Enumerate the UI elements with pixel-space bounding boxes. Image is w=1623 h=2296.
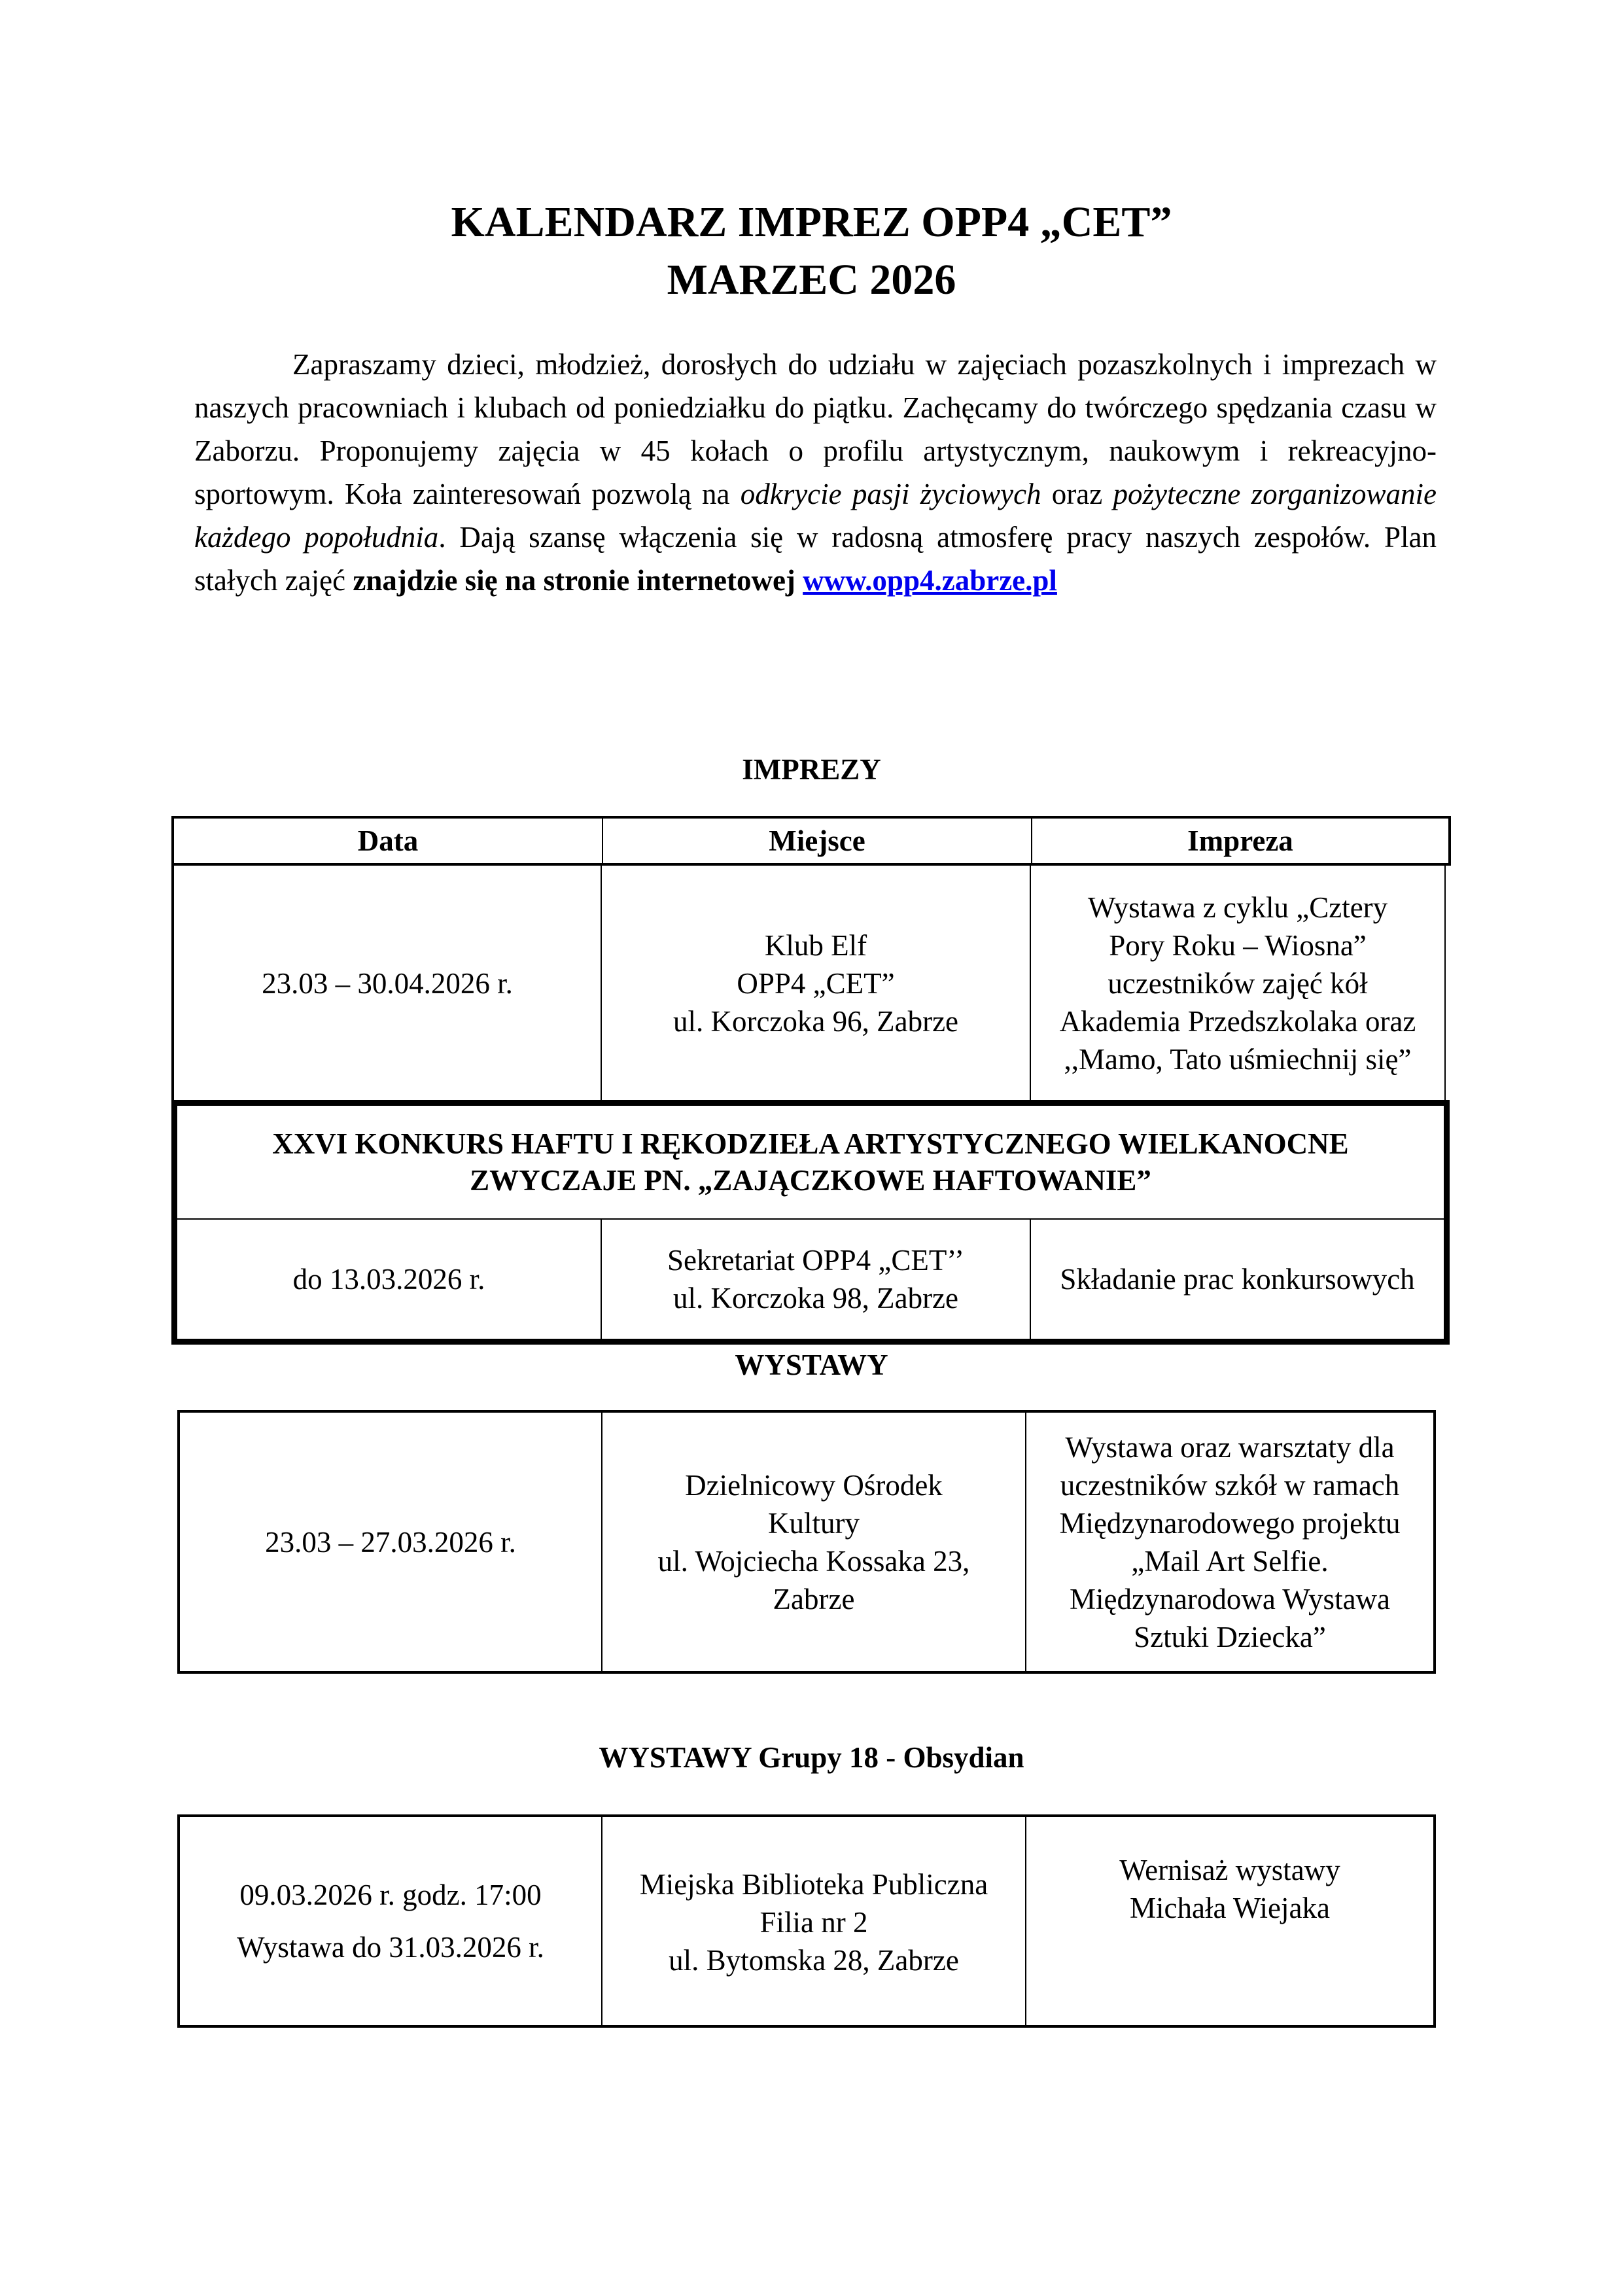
event-date: 23.03 – 30.04.2026 r. — [174, 863, 602, 1104]
contest-title: XXVI KONKURS HAFTU I RĘKODZIEŁA ARTYSTYC… — [177, 1106, 1444, 1220]
column-header-miejsce: Miejsce — [603, 819, 1032, 863]
exhibition-description: Wystawa oraz warsztaty dla uczestników s… — [1026, 1413, 1433, 1671]
intro-bold-text: znajdzie się na stronie internetowej — [353, 564, 795, 597]
website-link[interactable]: www.opp4.zabrze.pl — [803, 564, 1057, 597]
section-title-imprezy: IMPREZY — [0, 751, 1623, 788]
exhibition-date: 23.03 – 27.03.2026 r. — [180, 1413, 602, 1671]
contest-date: do 13.03.2026 r. — [177, 1220, 602, 1339]
imprezy-table: Data Miejsce Impreza 23.03 – 30.04.2026 … — [171, 816, 1451, 1345]
group-exhibition-place: Miejska Biblioteka Publiczna Filia nr 2 … — [602, 1817, 1026, 2025]
group-exhibition-description: Wernisaż wystawy Michała Wiejaka — [1026, 1817, 1433, 2025]
intro-paragraph: Zapraszamy dzieci, młodzież, dorosłych d… — [194, 343, 1437, 602]
event-description: Wystawa z cyklu „Cztery Pory Roku – Wios… — [1031, 863, 1444, 1104]
title-line-2: MARZEC 2026 — [0, 251, 1623, 309]
group-exhibition-date: 09.03.2026 r. godz. 17:00 Wystawa do 31.… — [180, 1817, 602, 2025]
event-place: Klub Elf OPP4 „CET” ul. Korczoka 96, Zab… — [602, 863, 1031, 1104]
section-title-wystawy: WYSTAWY — [0, 1347, 1623, 1383]
exhibition-end-date: Wystawa do 31.03.2026 r. — [237, 1928, 544, 1966]
intro-text-2: oraz — [1041, 478, 1113, 510]
contest-row: do 13.03.2026 r. Sekretariat OPP4 „CET’’… — [177, 1220, 1444, 1339]
wystawy-grupy-table: 09.03.2026 r. godz. 17:00 Wystawa do 31.… — [177, 1814, 1436, 2028]
intro-italic-1: odkrycie pasji życiowych — [741, 478, 1041, 510]
contest-box: XXVI KONKURS HAFTU I RĘKODZIEŁA ARTYSTYC… — [171, 1100, 1450, 1345]
table-row: 23.03 – 30.04.2026 r. Klub Elf OPP4 „CET… — [171, 863, 1446, 1104]
vernissage-datetime: 09.03.2026 r. godz. 17:00 — [239, 1876, 541, 1914]
column-header-data: Data — [174, 819, 603, 863]
table-header-row: Data Miejsce Impreza — [171, 816, 1451, 866]
contest-event: Składanie prac konkursowych — [1031, 1220, 1444, 1339]
document-title: KALENDARZ IMPREZ OPP4 „CET” MARZEC 2026 — [0, 194, 1623, 309]
exhibition-place: Dzielnicowy Ośrodek Kultury ul. Wojciech… — [602, 1413, 1026, 1671]
section-title-wystawy-grupy: WYSTAWY Grupy 18 - Obsydian — [0, 1739, 1623, 1776]
contest-place: Sekretariat OPP4 „CET’’ ul. Korczoka 98,… — [602, 1220, 1031, 1339]
column-header-impreza: Impreza — [1032, 819, 1448, 863]
title-line-1: KALENDARZ IMPREZ OPP4 „CET” — [0, 194, 1623, 251]
wystawy-table: 23.03 – 27.03.2026 r. Dzielnicowy Ośrode… — [177, 1410, 1436, 1674]
